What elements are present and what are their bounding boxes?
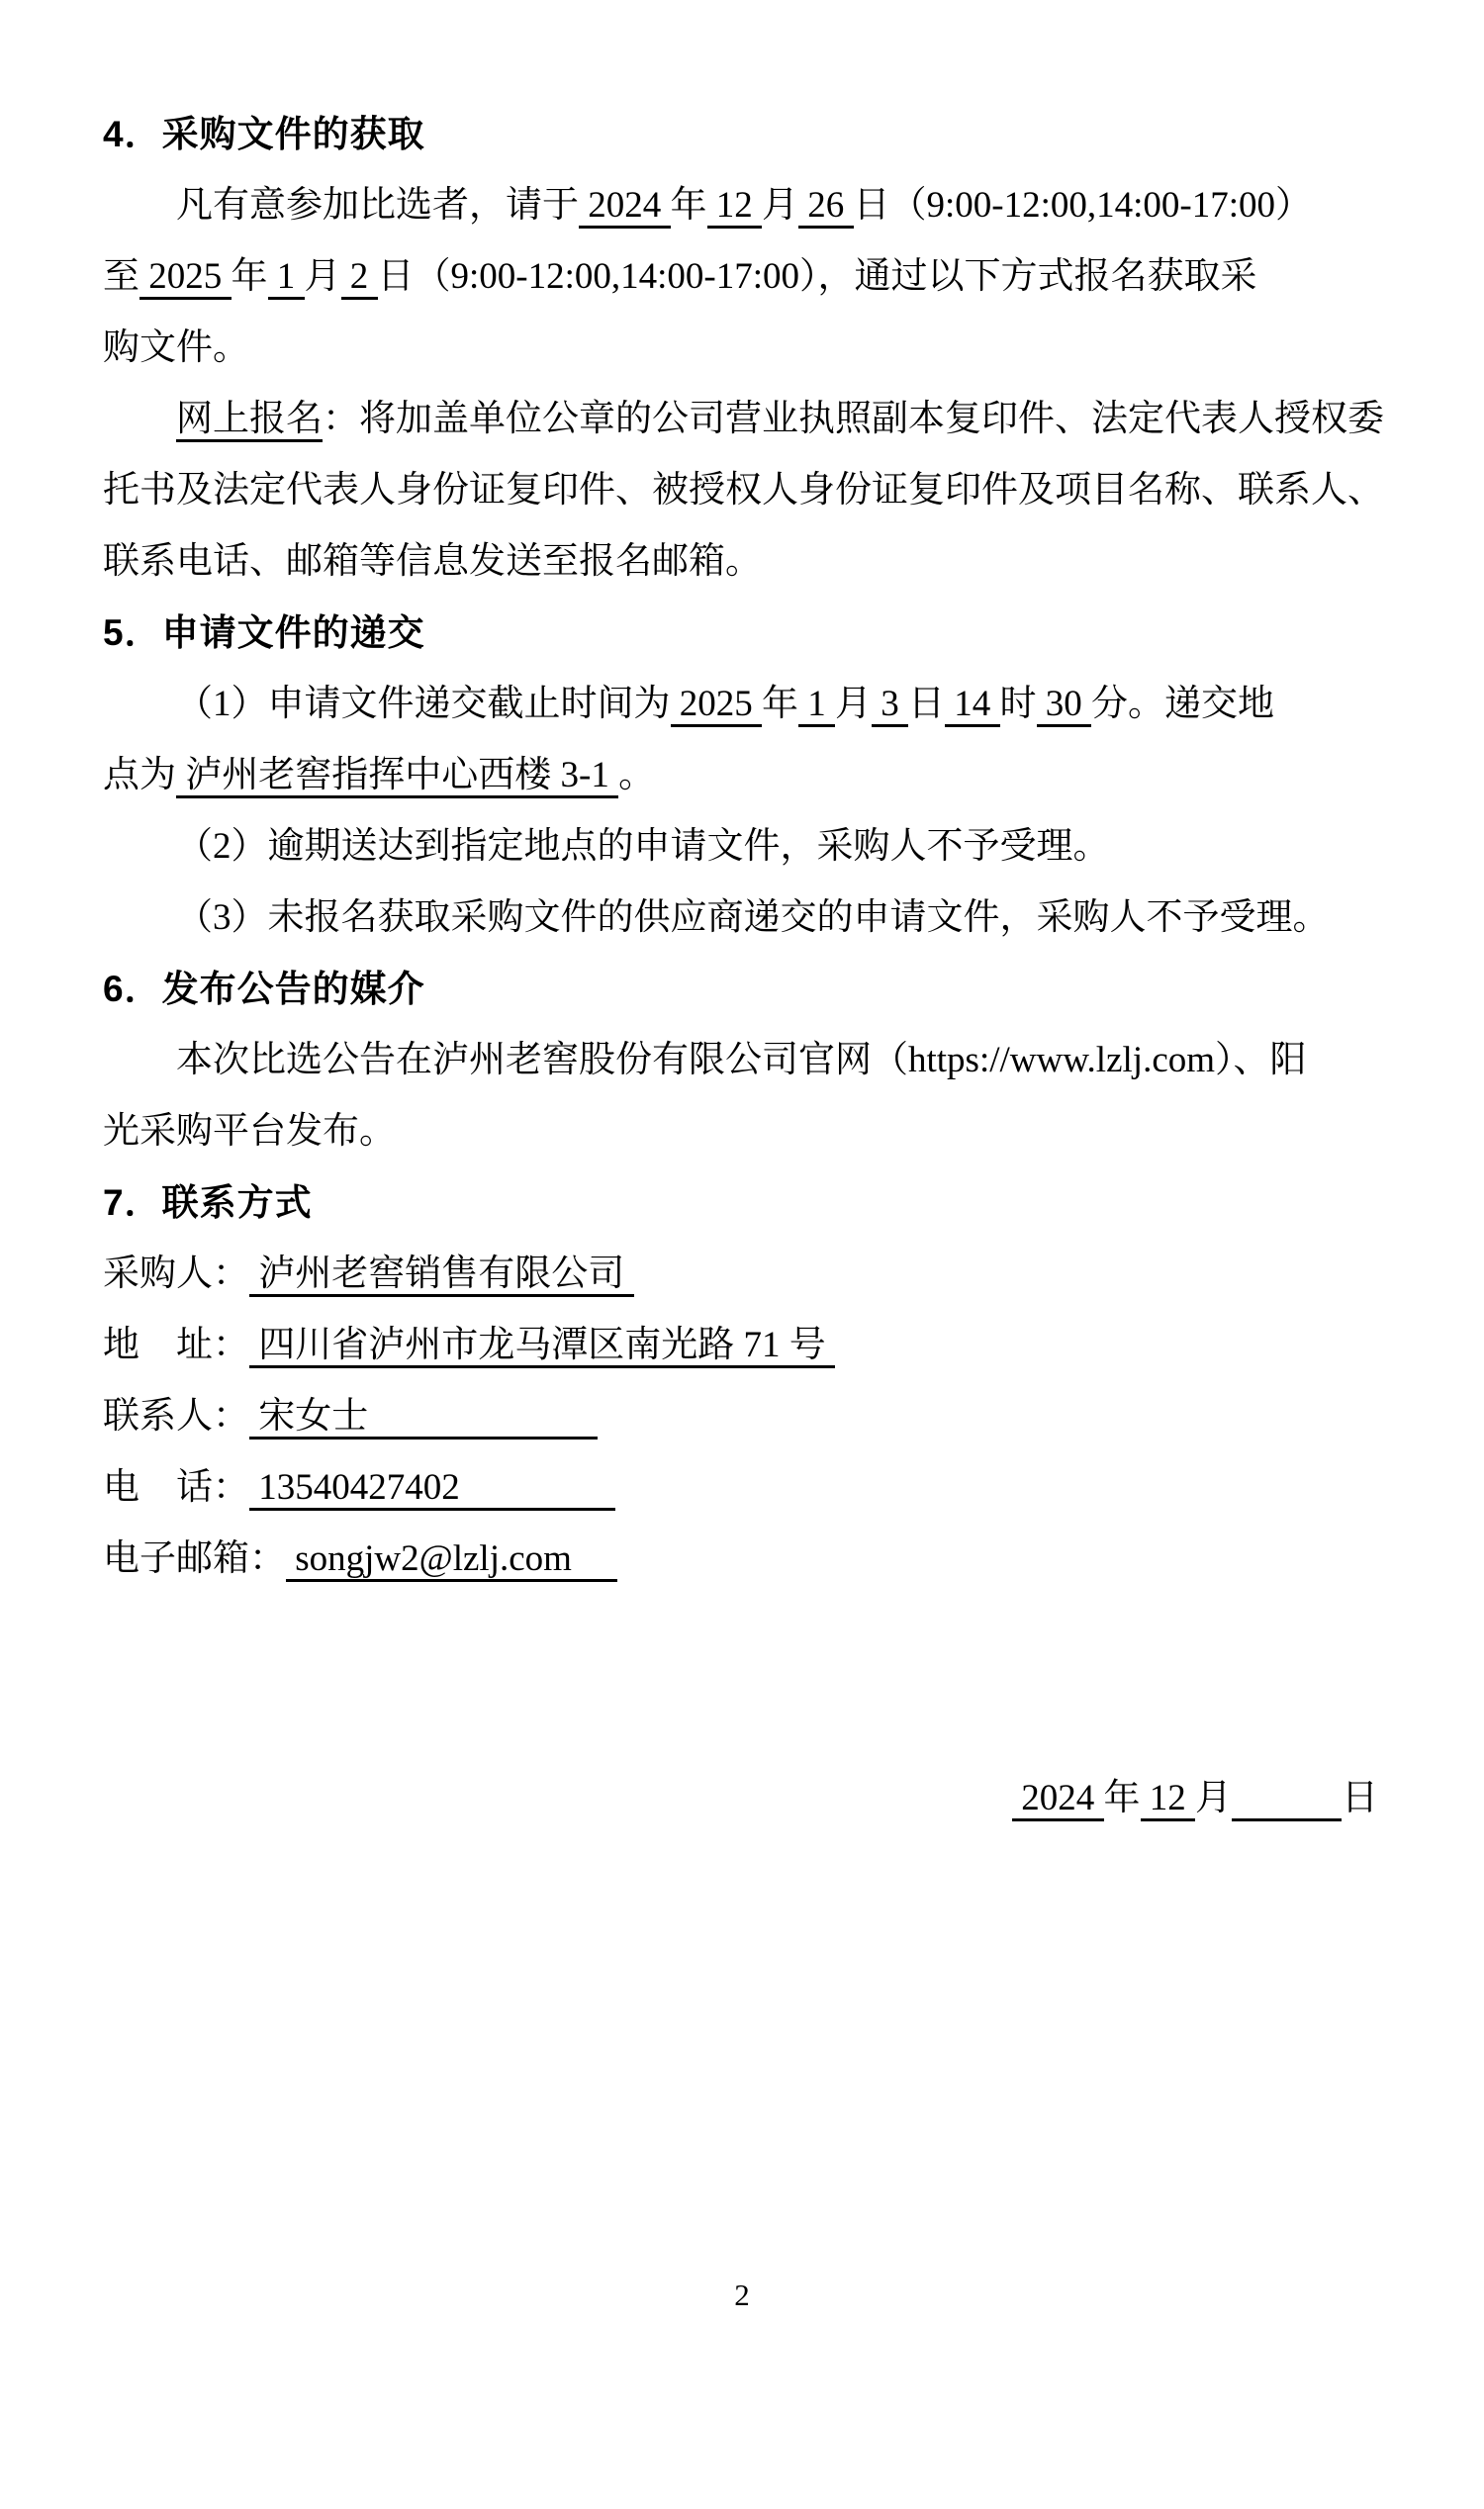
- text-run: 日（9:00-12:00,14:00-17:00），通过以下方式报名获取采: [378, 256, 1257, 297]
- text-run: 购文件。: [103, 327, 249, 368]
- text-run: 凡有意参加比选者，请于: [176, 185, 579, 226]
- text-run: 点为: [103, 755, 176, 795]
- underlined-text: 2025: [139, 256, 232, 300]
- underlined-text: 2024: [579, 185, 671, 229]
- text-run: 分。递交地: [1091, 684, 1274, 724]
- para-announcement-media-line-1: 本次比选公告在泸州老窖股份有限公司官网（https://www.lzlj.com…: [103, 1025, 1400, 1096]
- contact-purchaser: 采购人： 泸州老窖销售有限公司: [103, 1239, 1400, 1310]
- underlined-text: 30: [1037, 684, 1092, 727]
- text-run: 联系电话、邮箱等信息发送至报名邮箱。: [103, 541, 762, 582]
- underlined-text: 泸州老窖销售有限公司: [249, 1254, 634, 1297]
- text-run: （2）逾期送达到指定地点的申请文件，采购人不予受理。: [176, 826, 1110, 867]
- text-run: 7．联系方式: [103, 1182, 313, 1223]
- section-7-heading: 7．联系方式: [103, 1167, 1400, 1239]
- text-run: 本次比选公告在泸州老窖股份有限公司官网（https://www.lzlj.com…: [176, 1040, 1307, 1080]
- text-run: 日（9:00-12:00,14:00-17:00）: [854, 185, 1313, 226]
- underlined-text: [1232, 1778, 1342, 1821]
- underlined-text: 宋女士: [249, 1396, 598, 1440]
- underlined-text: 26: [798, 185, 854, 229]
- underlined-text: 1: [268, 256, 305, 300]
- text-run: 6．发布公告的媒介: [103, 969, 425, 1009]
- underlined-text: 3: [872, 684, 908, 727]
- text-run: 联系人：: [103, 1396, 249, 1437]
- text-run: 光采购平台发布。: [103, 1111, 396, 1152]
- text-run: 日: [1342, 1778, 1378, 1818]
- underlined-text: 2: [341, 256, 378, 300]
- underlined-text: 2024: [1012, 1778, 1104, 1821]
- text-run: 月: [762, 185, 798, 226]
- text-run: 地 址：: [103, 1325, 249, 1365]
- signature-date: 2024 年 12 月 日: [103, 1763, 1400, 1834]
- text-run: 月: [305, 256, 341, 297]
- section-5-heading: 5．申请文件的递交: [103, 598, 1400, 669]
- text-run: 年: [1104, 1778, 1141, 1818]
- para-registration-period-line-1: 凡有意参加比选者，请于 2024 年 12 月 26 日（9:00-12:00,…: [103, 170, 1400, 241]
- text-run: 至: [103, 256, 139, 297]
- section-4-heading: 4．采购文件的获取: [103, 99, 1400, 170]
- text-run: （3）未报名获取采购文件的供应商递交的申请文件，采购人不予受理。: [176, 897, 1330, 938]
- text-run: 月: [1195, 1778, 1232, 1818]
- underlined-text: 2025: [671, 684, 763, 727]
- text-run: 。: [618, 755, 655, 795]
- text-run: 年: [762, 684, 798, 724]
- underlined-text: 四川省泸州市龙马潭区南光路 71 号: [249, 1325, 835, 1368]
- text-run: 托书及法定代表人身份证复印件、被授权人身份证复印件及项目名称、联系人、: [103, 470, 1384, 511]
- page-number: 2: [0, 2277, 1484, 2313]
- text-run: 时: [1000, 684, 1037, 724]
- para-registration-period-line-3: 购文件。: [103, 313, 1400, 384]
- text-run: 月: [835, 684, 872, 724]
- para-registration-period-line-2: 至 2025 年 1 月 2 日（9:00-12:00,14:00-17:00）…: [103, 241, 1400, 313]
- underlined-text: 泸州老窖指挥中心西楼 3-1: [176, 755, 618, 798]
- text-run: 4．采购文件的获取: [103, 114, 425, 154]
- text-run: 5．申请文件的递交: [103, 612, 425, 653]
- document-body: 4．采购文件的获取凡有意参加比选者，请于 2024 年 12 月 26 日（9:…: [103, 99, 1400, 1834]
- para-online-signup-line-3: 联系电话、邮箱等信息发送至报名邮箱。: [103, 526, 1400, 598]
- contact-address: 地 址： 四川省泸州市龙马潭区南光路 71 号: [103, 1310, 1400, 1381]
- section-6-heading: 6．发布公告的媒介: [103, 954, 1400, 1025]
- item-5-1-line-1: （1）申请文件递交截止时间为 2025 年 1 月 3 日 14 时 30 分。…: [103, 669, 1400, 740]
- underlined-text: 14: [945, 684, 1000, 727]
- text-run: （1）申请文件递交截止时间为: [176, 684, 671, 724]
- text-run: ：将加盖单位公章的公司营业执照副本复印件、法定代表人授权委: [323, 399, 1384, 439]
- underlined-text: 12: [707, 185, 763, 229]
- para-online-signup-line-2: 托书及法定代表人身份证复印件、被授权人身份证复印件及项目名称、联系人、: [103, 455, 1400, 526]
- underlined-text: 13540427402: [249, 1467, 615, 1511]
- document-page: 4．采购文件的获取凡有意参加比选者，请于 2024 年 12 月 26 日（9:…: [0, 0, 1484, 2509]
- para-online-signup-line-1: 网上报名：将加盖单位公章的公司营业执照副本复印件、法定代表人授权委: [103, 384, 1400, 455]
- text-run: 年: [671, 185, 707, 226]
- text-run: 日: [908, 684, 945, 724]
- item-5-2: （2）逾期送达到指定地点的申请文件，采购人不予受理。: [103, 811, 1400, 883]
- item-5-3: （3）未报名获取采购文件的供应商递交的申请文件，采购人不予受理。: [103, 883, 1400, 954]
- para-announcement-media-line-2: 光采购平台发布。: [103, 1096, 1400, 1167]
- text-run: 采购人：: [103, 1254, 249, 1294]
- item-5-1-line-2: 点为 泸州老窖指挥中心西楼 3-1 。: [103, 740, 1400, 811]
- text-run: 电子邮箱：: [103, 1538, 286, 1579]
- contact-email: 电子邮箱： songjw2@lzlj.com: [103, 1524, 1400, 1595]
- contact-person: 联系人： 宋女士: [103, 1381, 1400, 1452]
- underlined-text: 12: [1141, 1778, 1196, 1821]
- text-run: 年: [232, 256, 268, 297]
- underlined-text: 网上报名: [176, 399, 323, 442]
- underlined-text: 1: [798, 684, 835, 727]
- contact-phone: 电 话： 13540427402: [103, 1452, 1400, 1524]
- text-run: 电 话：: [103, 1467, 249, 1508]
- underlined-text: songjw2@lzlj.com: [286, 1538, 617, 1582]
